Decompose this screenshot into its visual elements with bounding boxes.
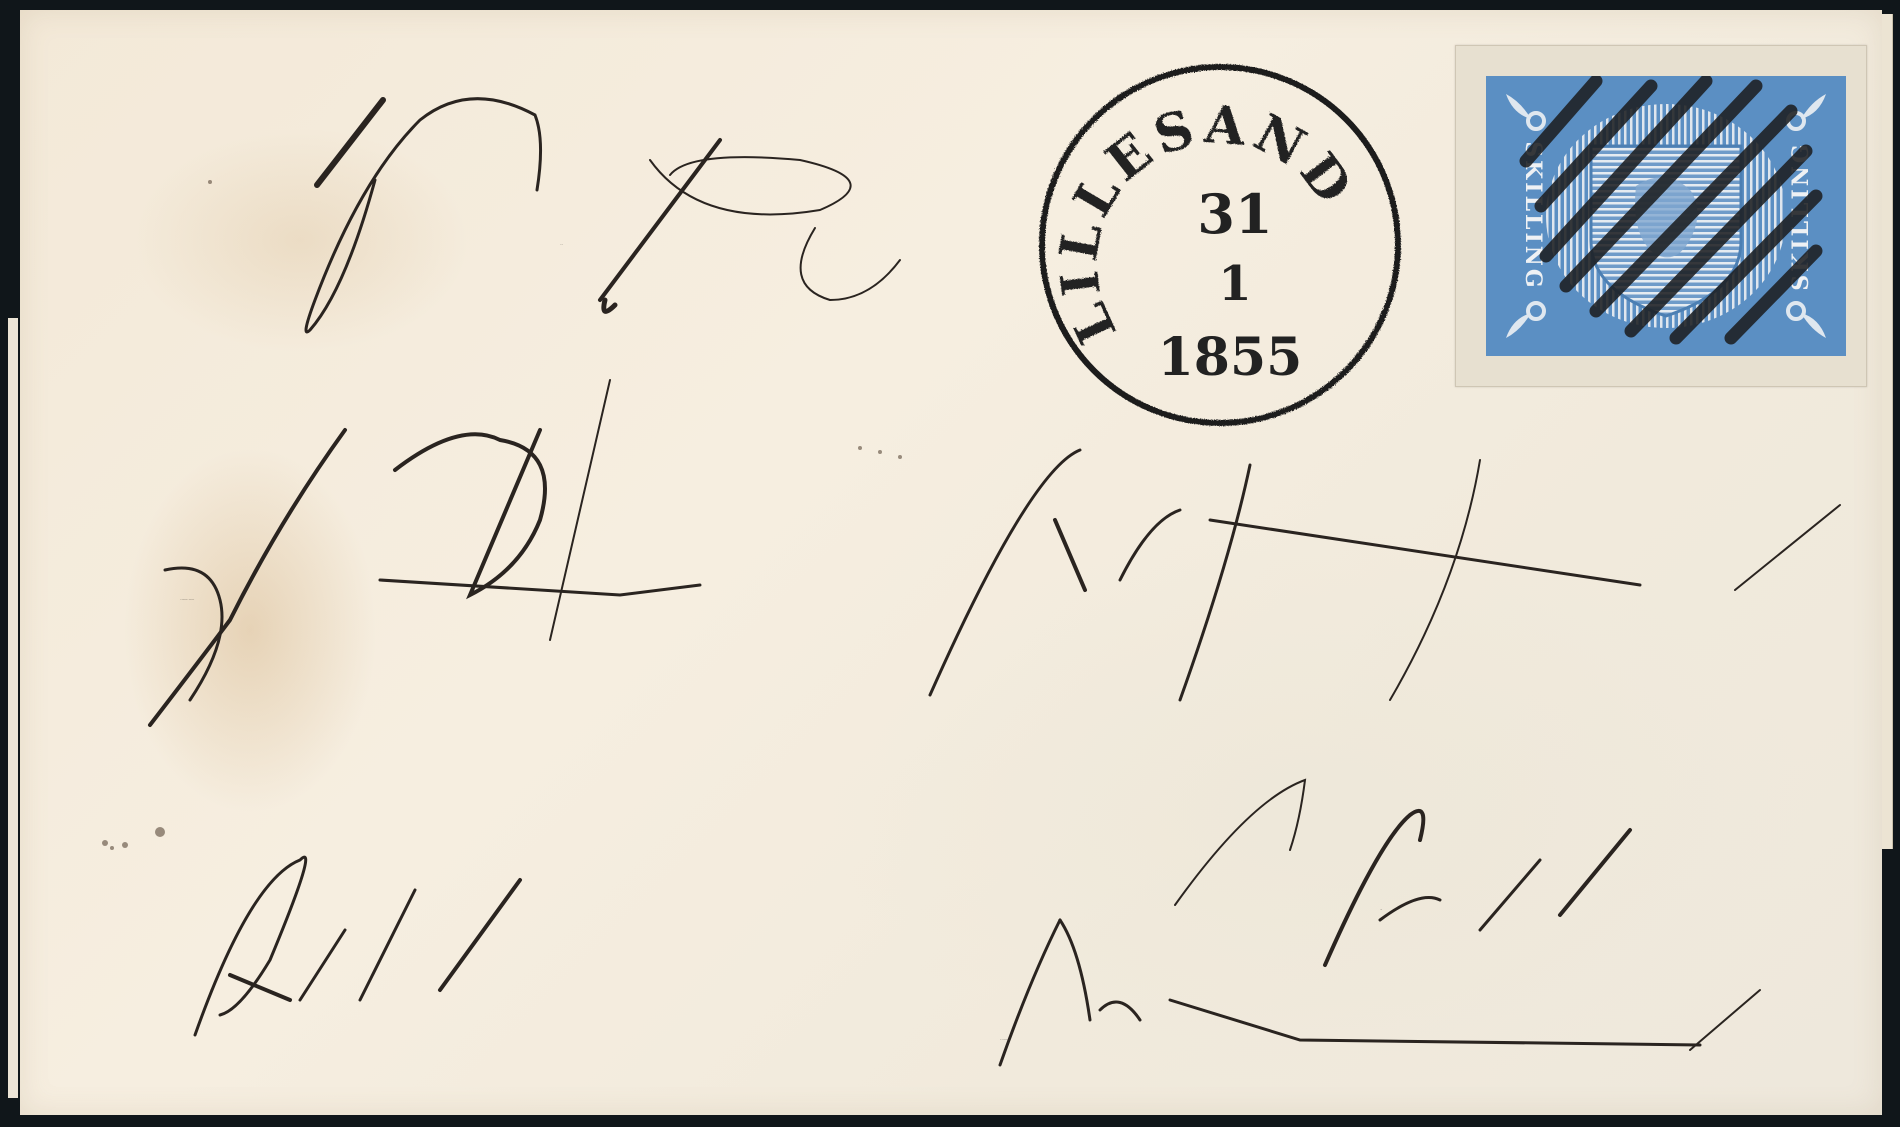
top-notation: p. Vill — [560, 244, 564, 246]
destination-town: Holt — [1379, 908, 1383, 911]
routing-line: pr Tvedestrand. — [1000, 1038, 1009, 1041]
handwritten-address: p. Vill Fr. Seminarist A. Jørgensen. Bet… — [0, 0, 1900, 1127]
recipient-line: Fr. Seminarist A. Jørgensen. — [179, 598, 195, 601]
